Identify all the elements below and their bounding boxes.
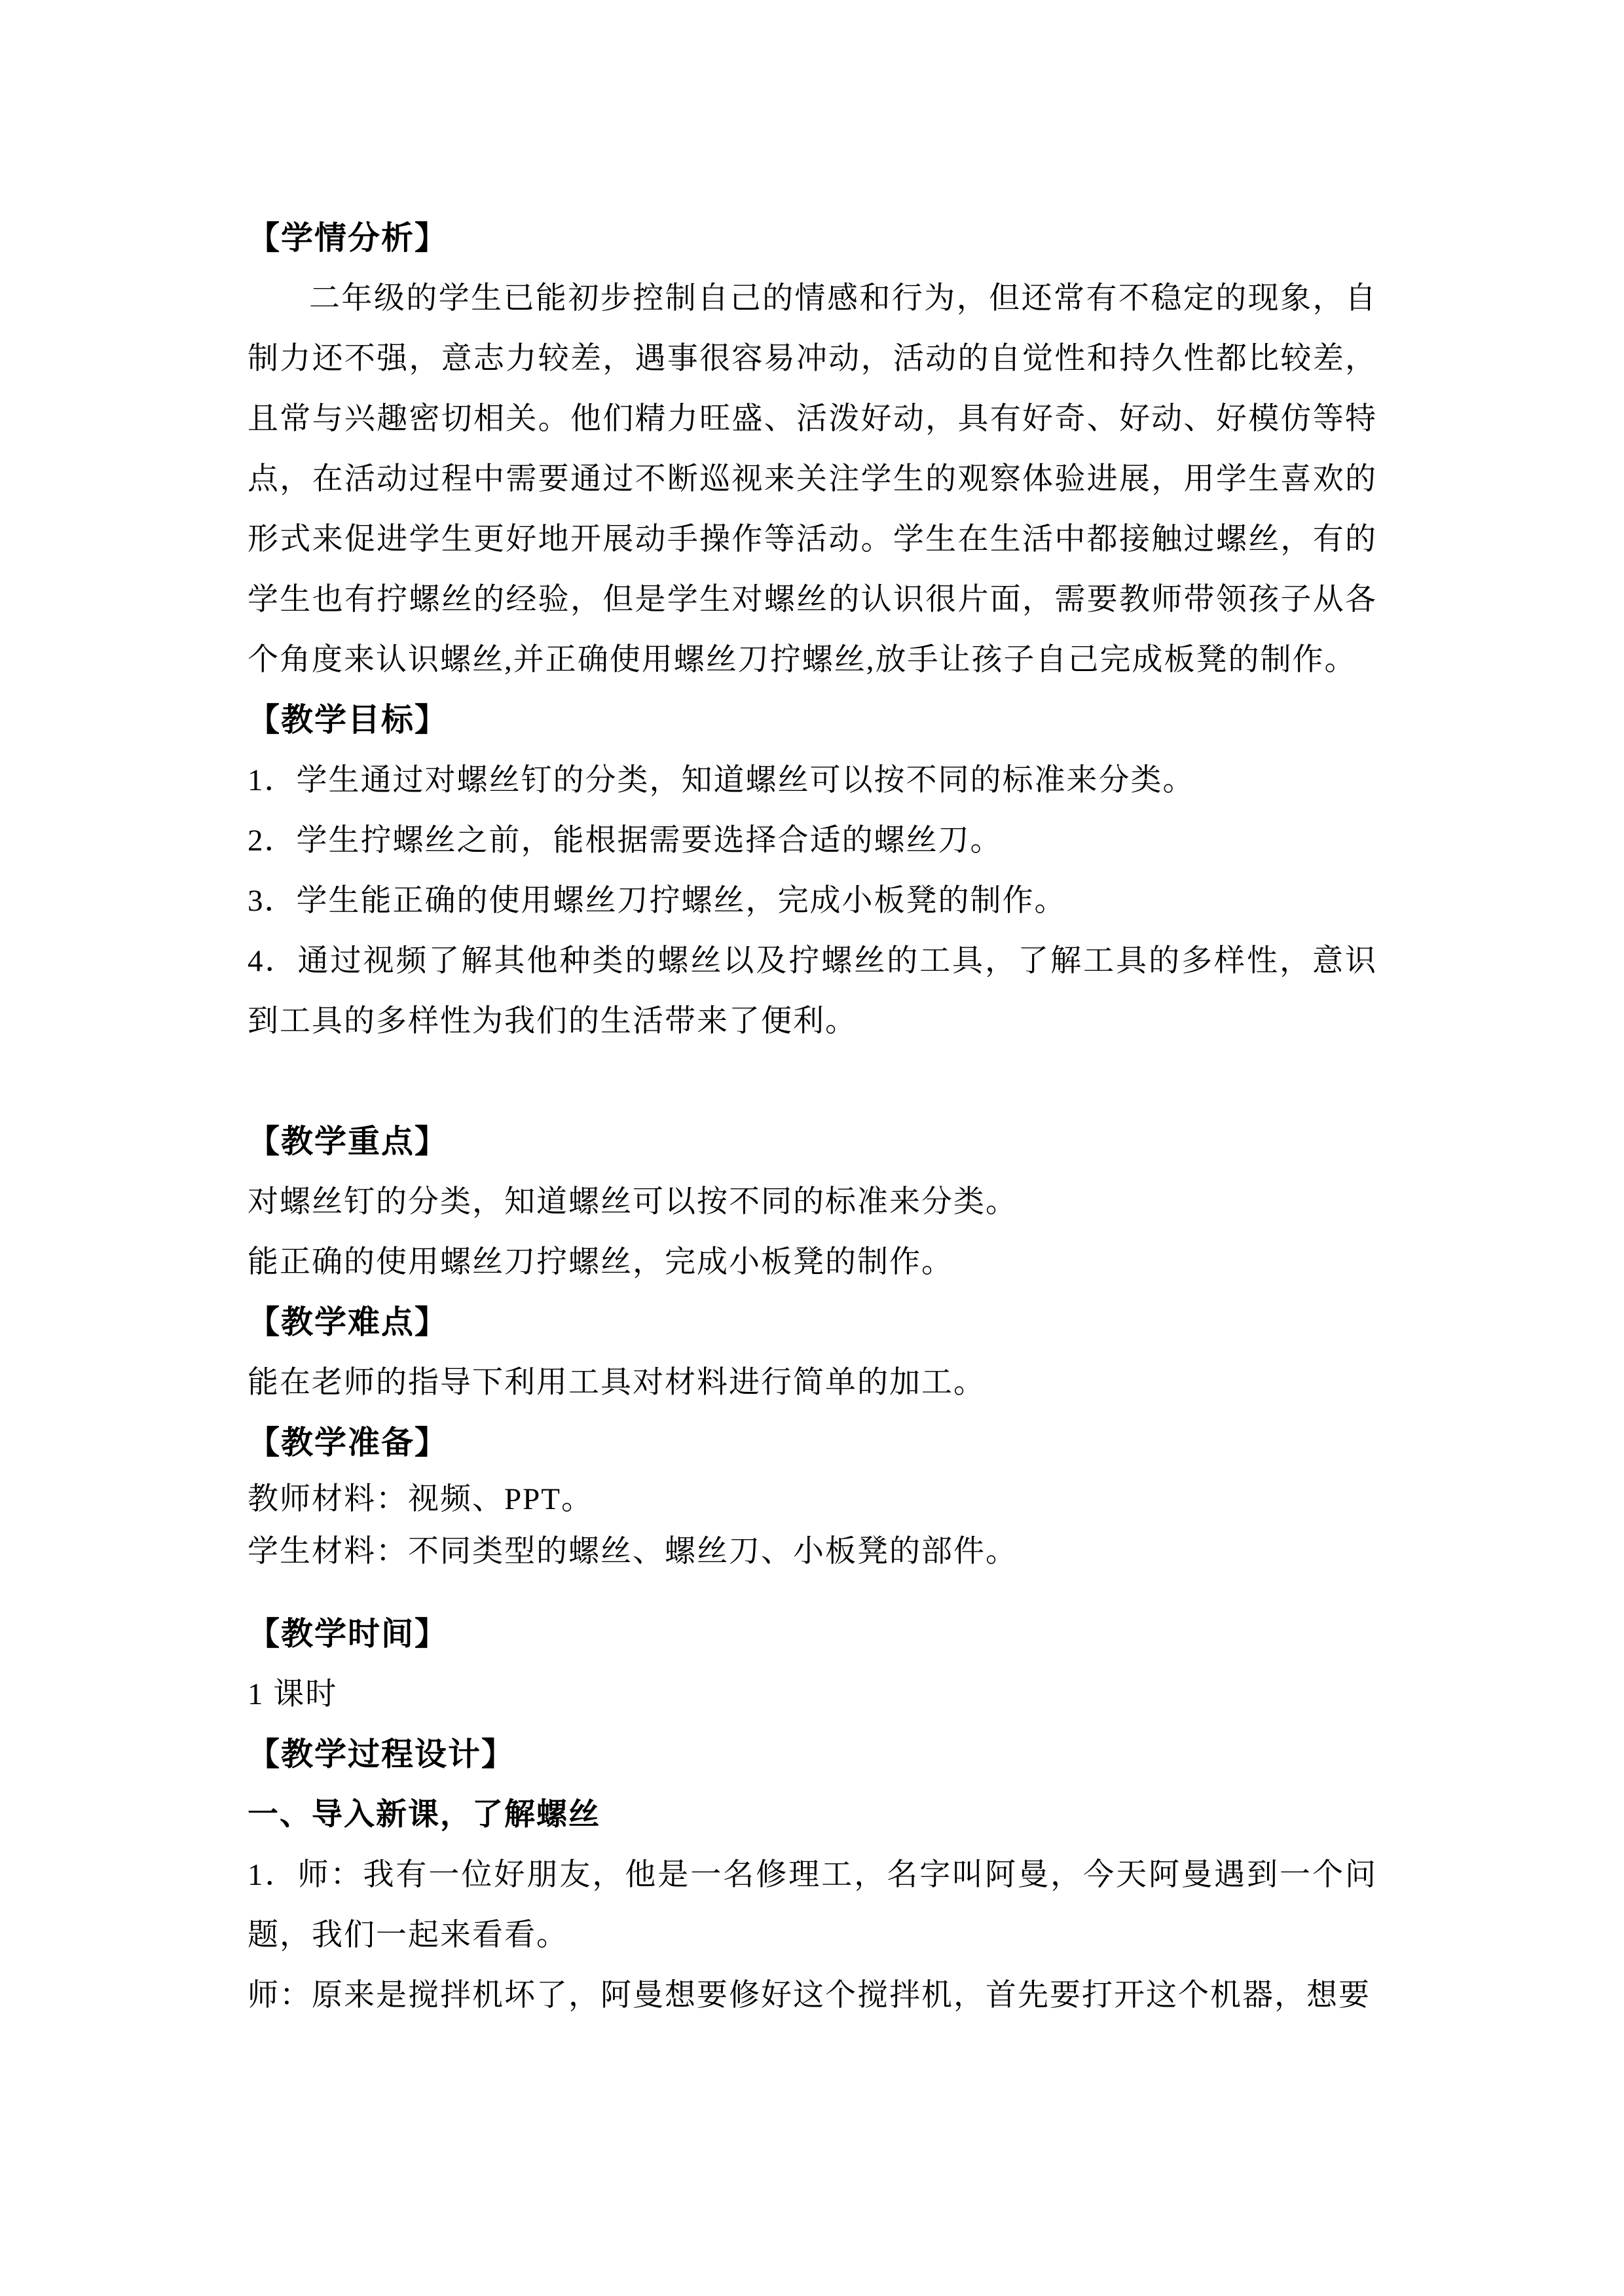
- heading-jiaoxue-shijian: 【教学时间】: [248, 1604, 1377, 1664]
- process-dialogue-1: 1．师：我有一位好朋友，他是一名修理工，名字叫阿曼，今天阿曼遇到一个问题，我们一…: [248, 1845, 1377, 1965]
- key-point-2: 能正确的使用螺丝刀拧螺丝，完成小板凳的制作。: [248, 1232, 1377, 1292]
- heading-jiaoxue-zhongdian: 【教学重点】: [248, 1112, 1377, 1172]
- heading-jiaoxue-guocheng-sheji: 【教学过程设计】: [248, 1724, 1377, 1785]
- objective-item-3: 3．学生能正确的使用螺丝刀拧螺丝，完成小板凳的制作。: [248, 871, 1377, 931]
- objective-item-4: 4．通过视频了解其他种类的螺丝以及拧螺丝的工具，了解工具的多样性，意识到工具的多…: [248, 931, 1377, 1051]
- heading-xueqing-fenxi: 【学情分析】: [248, 208, 1377, 268]
- key-point-1: 对螺丝钉的分类，知道螺丝可以按不同的标准来分类。: [248, 1172, 1377, 1232]
- document-page: 【学情分析】 二年级的学生已能初步控制自己的情感和行为，但还常有不稳定的现象，自…: [0, 0, 1624, 2296]
- objective-item-1: 1．学生通过对螺丝钉的分类，知道螺丝可以按不同的标准来分类。: [248, 750, 1377, 811]
- objective-item-2: 2．学生拧螺丝之前，能根据需要选择合适的螺丝刀。: [248, 811, 1377, 871]
- heading-jiaoxue-nandian: 【教学难点】: [248, 1292, 1377, 1353]
- heading-jiaoxue-mubiao: 【教学目标】: [248, 690, 1377, 750]
- difficulty-text: 能在老师的指导下利用工具对材料进行简单的加工。: [248, 1353, 1377, 1413]
- class-time-line: 1 课时: [248, 1664, 1377, 1724]
- student-materials-line: 学生材料：不同类型的螺丝、螺丝刀、小板凳的部件。: [248, 1525, 1377, 1578]
- para-xueqing-analysis: 二年级的学生已能初步控制自己的情感和行为，但还常有不稳定的现象，自制力还不强，意…: [248, 268, 1377, 690]
- process-dialogue-2: 师：原来是搅拌机坏了，阿曼想要修好这个搅拌机，首先要打开这个机器，想要: [248, 1965, 1377, 2026]
- heading-jiaoxue-zhunbei: 【教学准备】: [248, 1413, 1377, 1473]
- teacher-materials-line: 教师材料：视频、PPT。: [248, 1473, 1377, 1525]
- process-part1-title: 一、导入新课，了解螺丝: [248, 1785, 1377, 1845]
